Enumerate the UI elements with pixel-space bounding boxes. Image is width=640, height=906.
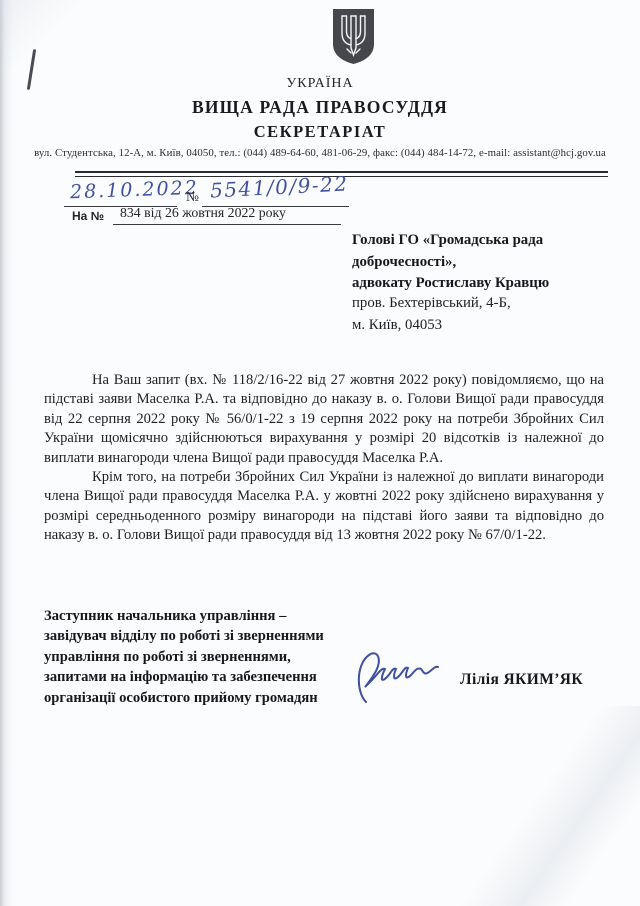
recipient-address-block: пров. Бехтерівський, 4-Б, м. Київ, 04053 xyxy=(352,292,602,336)
signer-title-block: Заступник начальника управління – завіду… xyxy=(44,606,374,708)
body-paragraph-2: Крім того, на потреби Збройних Сил Украї… xyxy=(44,468,604,546)
signer-name: Лілія ЯКИМ’ЯК xyxy=(460,671,583,689)
signer-title-line: запитами на інформацію та забезпечення xyxy=(44,667,374,687)
signer-title-line: завідувач відділу по роботі зі звернення… xyxy=(44,626,374,646)
reply-to-underline xyxy=(113,224,341,225)
signer-title-line: управління по роботі зі зверненнями, xyxy=(44,647,374,667)
letter-body: На Ваш запит (вх. № 118/2/16-22 від 27 ж… xyxy=(44,371,604,546)
signer-title-line: Заступник начальника управління – xyxy=(44,606,374,626)
handwritten-date: 28.10.2022 xyxy=(70,177,199,203)
reply-to-label: На № xyxy=(72,209,104,223)
letterhead-country: УКРАЇНА xyxy=(0,76,640,92)
scanned-letter-page: УКРАЇНА ВИЩА РАДА ПРАВОСУДДЯ СЕКРЕТАРІАТ… xyxy=(0,0,640,906)
recipient-block: Голові ГО «Громадська рада доброчесності… xyxy=(352,230,602,295)
body-paragraph-1: На Ваш запит (вх. № 118/2/16-22 від 27 ж… xyxy=(44,371,604,468)
address-line: м. Київ, 04053 xyxy=(352,314,602,336)
paper-crease xyxy=(380,706,640,906)
recipient-line: доброчесності», xyxy=(352,252,602,274)
letterhead-department: СЕКРЕТАРІАТ xyxy=(0,122,640,142)
number-sign-label: № xyxy=(186,189,199,205)
letterhead-organization: ВИЩА РАДА ПРАВОСУДДЯ xyxy=(0,97,640,118)
recipient-line: Голові ГО «Громадська рада xyxy=(352,230,602,252)
address-line: пров. Бехтерівський, 4-Б, xyxy=(352,292,602,314)
signer-title-line: організації особистого прийому громадян xyxy=(44,688,374,708)
ukraine-trident-emblem-icon xyxy=(330,8,377,65)
letterhead-contact-line: вул. Студентська, 12-А, м. Київ, 04050, … xyxy=(0,147,640,159)
handwritten-signature-icon xyxy=(350,646,448,708)
reply-to-value: 834 від 26 жовтня 2022 року xyxy=(120,205,286,221)
